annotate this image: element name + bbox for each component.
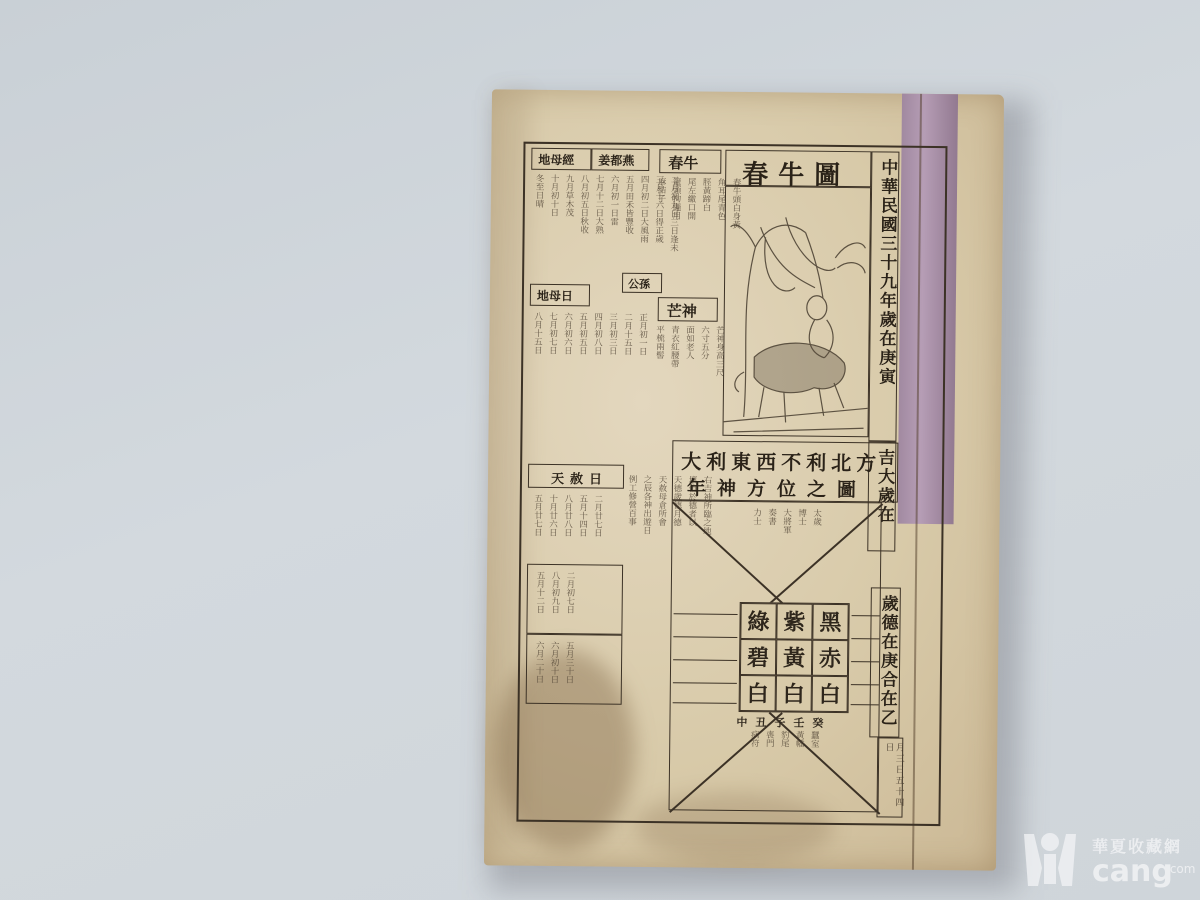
stem-label: 子 [774,714,785,730]
date-cell: 五月十四日 [576,494,589,564]
date-cell: 五月廿七日 [531,494,544,564]
header-box: 春牛 [659,149,721,174]
spring-ox-illustration [722,186,871,438]
watermark-suffix: .com [1166,862,1195,876]
date-cell: 五月十二日 [533,571,546,629]
header-dimu-ri: 地母日 [537,287,573,304]
grid-cell: 白 [740,675,776,711]
date-cell: 八月初九日 [548,571,561,629]
header-text: 姜都燕 [598,151,634,168]
lower-spokes: 蠶室黃幡豹尾喪門病符 [748,730,821,807]
direction-heading-1: 大利東西不利北方 [681,445,881,476]
date-column: 月三日五十四日 [876,737,903,817]
header-box: 地母日 [530,284,590,307]
grid-cell: 黑 [812,604,848,640]
cang-logo-icon [1020,828,1080,890]
center-grid: 綠 紫 黑 碧 黃 赤 白 白 白 [739,602,850,713]
year-column: 中華民國三十九年歲在庚寅 [868,151,899,441]
header-tianshe-ri: 天赦日 [551,468,608,488]
left-spoke-table [673,613,738,704]
header-box: 地母經 [531,148,591,171]
grid-cell: 黃 [776,639,812,675]
header-text: 公孫 [628,276,650,292]
direction-heading-2: 年神方位之圖 [687,473,867,502]
date-cell: 八月廿八日 [561,494,574,564]
header-box: 姜都燕 [591,148,649,171]
grid-cell: 綠 [740,603,776,639]
tianshe-dates: 二月廿七日 五月十四日 八月廿八日 十月廿六日 五月廿七日 [531,494,604,565]
grid-cell: 碧 [740,639,776,675]
header-box: 芒神 [658,297,718,322]
direction-heading-box: 大利東西不利北方 年神方位之圖 [672,440,899,502]
header-box: 天赦日 [528,464,624,489]
date-note: 月三日五十四日 [882,742,903,816]
header-dimu-jing: 地母經 [538,151,574,168]
grid-cell: 白 [776,675,812,711]
title-chunniu-small: 春牛 [668,152,698,173]
date-cell: 六月二十日 [533,641,546,699]
title-mangshen: 芒神 [667,300,697,321]
stem-label: 壬 [793,715,804,731]
date-cell: 六月初十日 [548,641,561,699]
cang-watermark: 華夏收藏網 cang .com [1020,828,1190,892]
stem-label: 癸 [812,715,823,731]
printed-page: 地母經 姜都燕 二月初九日三日逢未三月十六日得正歲四月初二日大風雨五月田禾皆豐收… [516,142,947,826]
right-spoke-table [851,615,880,705]
almanac-book: 地母經 姜都燕 二月初九日三日逢未三月十六日得正歲四月初二日大風雨五月田禾皆豐收… [484,89,1004,870]
nine-star-direction-chart: 綠 紫 黑 碧 黃 赤 白 白 白 中 丑 子 壬 癸 太歲博士大將軍奏書力士 [669,500,882,812]
stems-row: 中 丑 子 壬 癸 [736,714,823,731]
season-table: 二月初七日 八月初九日 五月十二日 [526,564,623,635]
watermark-latin: cang [1092,854,1173,889]
stem-label: 丑 [755,714,766,730]
grid-cell: 白 [812,676,848,712]
grid-cell: 紫 [776,603,812,639]
date-cell: 二月廿七日 [591,494,604,564]
text-columns: 正月初一日二月十五日三月初三日四月初八日五月初五日六月初六日七月初七日八月十五日 [530,312,648,453]
date-cell: 二月初七日 [563,571,576,629]
stem-label: 中 [736,714,747,730]
upper-spokes: 太歲博士大將軍奏書力士 [750,508,823,599]
grid-cell: 赤 [812,640,848,676]
ox-and-cowherd-drawing [723,187,870,436]
date-cell: 五月三十日 [563,641,576,699]
date-cell: 十月廿六日 [546,494,559,564]
year-text: 中華民國三十九年歲在庚寅 [873,158,900,386]
text-columns: 芒神身高三尺六寸五分面如老人青衣紅腰帶平梳兩髻 [653,325,726,426]
main-title-box: 春牛圖 [725,150,871,188]
season-table: 五月三十日 六月初十日 六月二十日 [526,634,623,705]
